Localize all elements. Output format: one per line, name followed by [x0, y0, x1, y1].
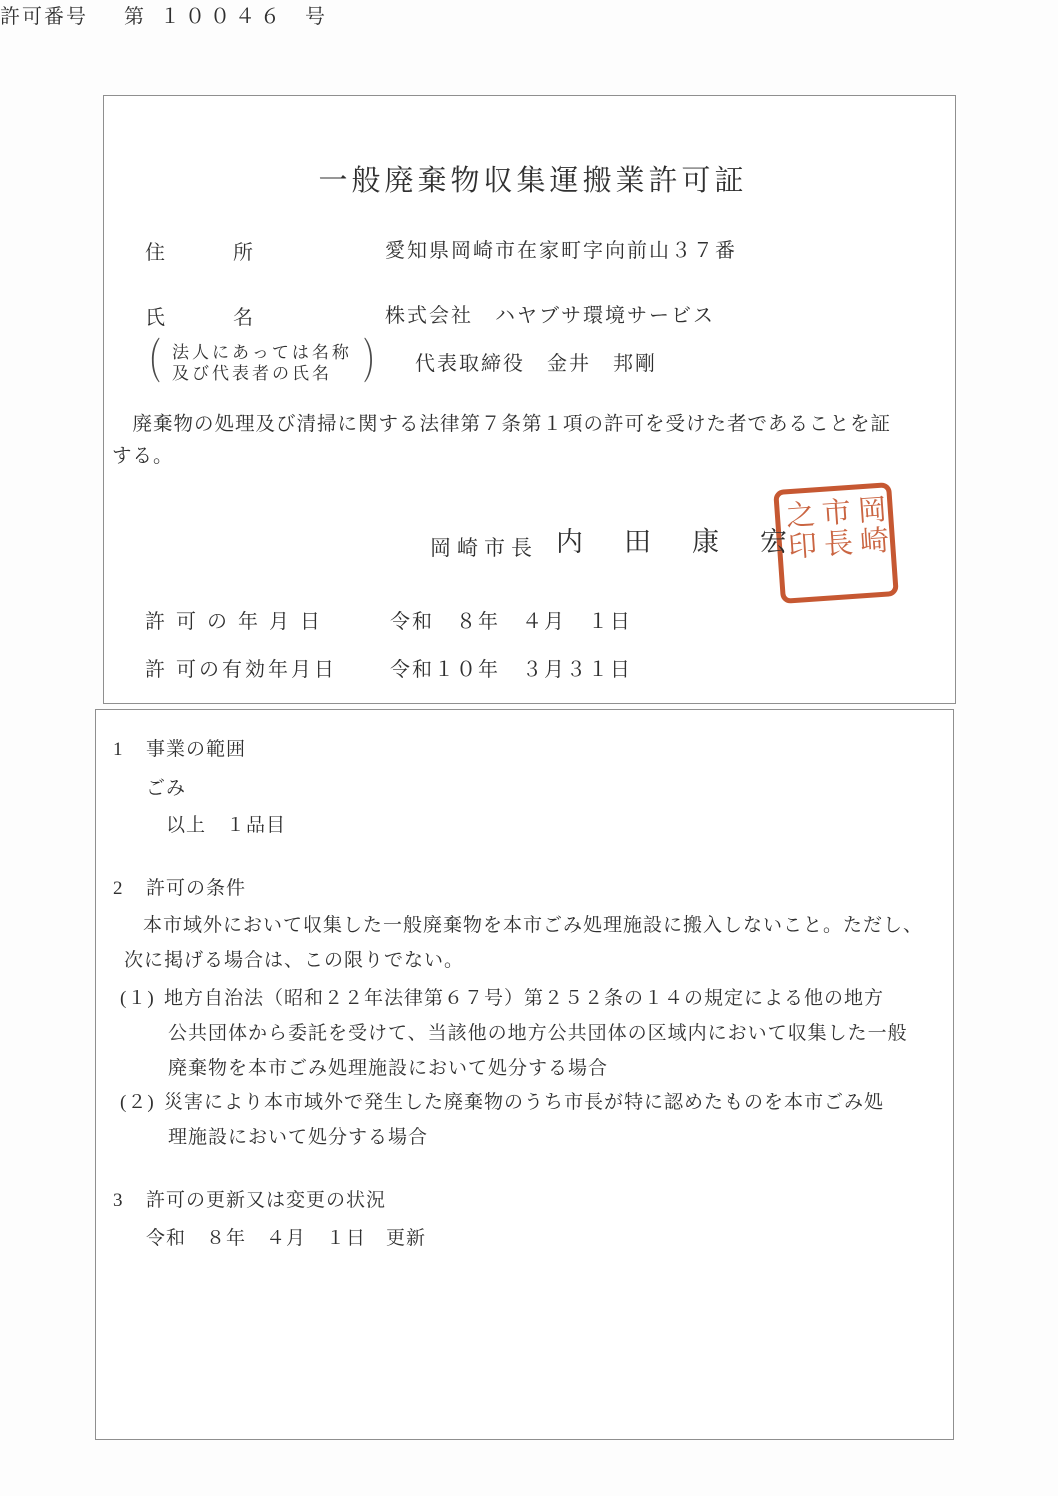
permit-number-line: 許可番号 第 １００４６ 号: [0, 0, 1058, 29]
name-value: 株式会社 ハヤブサ環境サービス: [385, 304, 715, 329]
corporation-note-line1: 法人にあっては名称: [172, 343, 352, 362]
section2-item2-line: 災害により本市域外で発生した廃棄物のうち市長が特に認めたものを本市ごみ処: [164, 1091, 884, 1115]
address-label: 住 所: [145, 241, 255, 266]
section3-line: 令和 ８年 ４月 １日 更新: [146, 1227, 426, 1251]
permit-number-label: 許可番号: [0, 0, 88, 29]
issuer-name: 内 田 康 宏: [556, 526, 794, 560]
section2-item2-line: 理施設において処分する場合: [168, 1126, 428, 1150]
section2-paragraph-line: 次に掲げる場合は、この限りでない。: [124, 949, 464, 973]
address-value: 愛知県岡崎市在家町字向前山３７番: [385, 239, 737, 264]
document-title: 一般廃棄物収集運搬業許可証: [108, 158, 958, 199]
representative-value: 代表取締役 金井 邦剛: [415, 352, 657, 377]
close-paren: ）: [363, 339, 389, 387]
section2-number: 2: [113, 877, 124, 901]
certification-statement: 廃棄物の処理及び清掃に関する法律第７条第１項の許可を受けた者であることを証する。: [112, 409, 900, 473]
permit-number-prefix: 第: [124, 0, 144, 29]
permit-number-suffix: 号: [305, 0, 325, 29]
section2-item1-number: (１): [120, 987, 155, 1011]
section1-line: ごみ: [146, 777, 186, 801]
section3-title: 許可の更新又は変更の状況: [146, 1189, 386, 1213]
seal-text: 岡崎市長之印: [779, 493, 893, 592]
section1-title: 事業の範囲: [146, 738, 246, 762]
corporation-note-text: 法人にあっては名称及び代表者の氏名: [172, 342, 352, 384]
section2-item1-line: 地方自治法（昭和２２年法律第６７号）第２５２条の１４の規定による他の地方: [164, 987, 884, 1011]
name-label: 氏 名: [145, 306, 255, 331]
permit-number-value: １００４６: [160, 0, 285, 29]
open-paren: （: [135, 339, 161, 387]
section2-item2-number: (２): [120, 1091, 155, 1115]
section2-paragraph-line: 本市域外において収集した一般廃棄物を本市ごみ処理施設に搬入しないこと。ただし、: [143, 914, 923, 938]
section2-item1-line: 公共団体から委託を受けて、当該他の地方公共団体の区域内において収集した一般: [168, 1022, 908, 1046]
section3-number: 3: [113, 1189, 124, 1213]
section1-number: 1: [113, 738, 124, 762]
issue-date-label: 許 可 の 年 月 日: [145, 610, 323, 635]
section2-title: 許可の条件: [146, 877, 246, 901]
section2-item1-line: 廃棄物を本市ごみ処理施設において処分する場合: [168, 1057, 608, 1081]
section1-line: 以上 １品目: [166, 814, 286, 838]
corporation-note-line2: 及び代表者の氏名: [172, 364, 332, 383]
valid-date-label: 許 可の有効年月日: [145, 658, 337, 683]
issuer-title: 岡崎市長: [430, 535, 538, 561]
corporation-note: （ 法人にあっては名称及び代表者の氏名 ）: [124, 339, 400, 387]
valid-date-value: 令和１０年 ３月３１日: [390, 658, 632, 683]
issue-date-value: 令和 ８年 ４月 １日: [390, 610, 632, 635]
scanned-permit-document: 許可番号 第 １００４６ 号 一般廃棄物収集運搬業許可証 住 所 愛知県岡崎市在…: [0, 0, 1058, 1496]
